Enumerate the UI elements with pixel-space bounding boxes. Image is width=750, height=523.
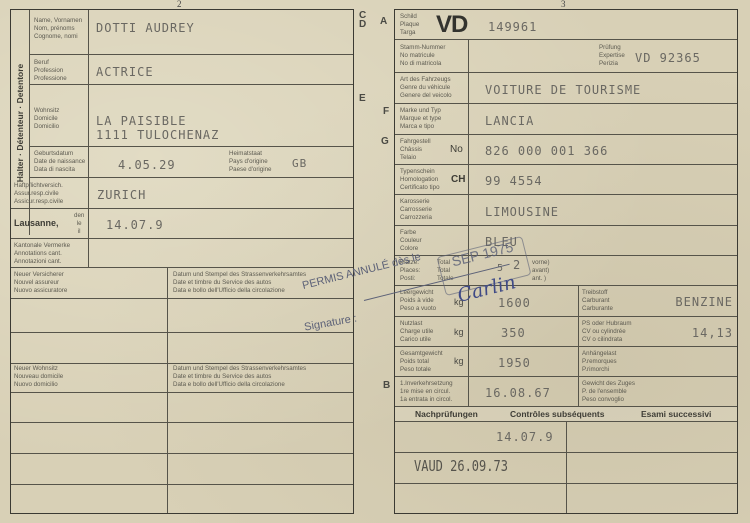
label: Marque et type <box>400 115 441 123</box>
body-row: Karosserie Carrosserie Carrozzeria LIMOU… <box>395 195 737 226</box>
plate-row: Schild Plaque Targa VD 149961 <box>395 10 737 40</box>
label: Totale <box>437 275 454 283</box>
label: Heimatstaat <box>229 150 271 158</box>
holder-profession-value: ACTRICE <box>96 65 154 79</box>
page-number-right: 3 <box>561 0 566 9</box>
label: Colore <box>400 245 422 253</box>
homologation-value: 99 4554 <box>485 174 543 188</box>
label: No di matricola <box>400 60 445 68</box>
first-registration-value: 16.08.67 <box>485 386 551 400</box>
label: Genere del veicolo <box>400 92 452 100</box>
label: Genre du véhicule <box>400 84 452 92</box>
label: Annotazioni cant. <box>14 258 70 266</box>
label: Total <box>437 267 454 275</box>
fuel-value: BENZINE <box>675 295 733 309</box>
label: Treibstoff <box>582 289 613 297</box>
label: Assur.resp.civile <box>14 190 63 198</box>
label: Plätze: <box>400 259 420 267</box>
payload-unit: kg <box>454 327 464 337</box>
seats-front: 2 <box>513 258 521 272</box>
label: Name, Vornamen <box>34 17 82 25</box>
inspections-header-de: Nachprüfungen <box>415 409 478 419</box>
label: ant. ) <box>532 275 550 283</box>
label: Total <box>437 259 454 267</box>
power-value: 14,13 <box>692 326 733 340</box>
label: Nuovo domicilio <box>14 381 63 389</box>
label: Poids à vide <box>400 297 436 305</box>
issue-date-value: 14.07.9 <box>106 218 164 232</box>
inspections-grid: 14.07.9 VAUD 26.09.73 <box>395 422 737 513</box>
margin-letter-g: G <box>381 136 389 147</box>
label: Neuer Wohnsitz <box>14 365 63 373</box>
color-value: BLEU <box>485 235 518 249</box>
label: CV o cilindrata <box>582 336 632 344</box>
chassis-row: Fahrgestell Châssis Telaio No 826 000 00… <box>395 135 737 165</box>
empty-weight-unit: kg <box>454 297 464 307</box>
vehicle-type-value: VOITURE DE TOURISME <box>485 83 641 97</box>
label: Datum und Stempel des Strassenverkehrsam… <box>173 271 306 279</box>
total-weight-value: 1950 <box>498 356 531 370</box>
label: Pays d'origine <box>229 158 271 166</box>
inspection-entry: VAUD 26.09.73 <box>414 457 508 475</box>
margin-letter-f: F <box>383 106 389 117</box>
plate-canton: VD <box>436 11 467 39</box>
label: Cognome, nomi <box>34 33 82 41</box>
homologation-row: Typenschein Homologation Certificato tip… <box>395 165 737 195</box>
margin-letter-b: B <box>383 380 390 391</box>
label: Domicilio <box>34 123 59 131</box>
birth-date-value: 4.05.29 <box>118 158 176 172</box>
label: Marke und Typ <box>400 107 441 115</box>
label: P.rimorchi <box>582 366 617 374</box>
label: Nom, prénoms <box>34 25 82 33</box>
label: Carico utile <box>400 336 433 344</box>
label: Marca e tipo <box>400 123 441 131</box>
margin-letter-a: A <box>380 16 387 27</box>
label: Perizia <box>599 60 625 68</box>
label: 1a entrata in circol. <box>400 396 453 404</box>
label: Charge utile <box>400 328 433 336</box>
label: Geburtsdatum <box>34 150 85 158</box>
inspection-entry: 14.07.9 <box>496 430 554 444</box>
holder-domicile-line1: LA PAISIBLE <box>96 114 186 128</box>
label: le <box>74 220 84 228</box>
label: Annotations cant. <box>14 250 70 258</box>
chassis-value: 826 000 001 366 <box>485 144 608 158</box>
empty-weight-row: Leergewicht Poids à vide Peso a vuoto kg… <box>395 286 737 317</box>
vehicle-panel: Schild Plaque Targa VD 149961 Stamm-Numm… <box>394 9 738 514</box>
label: Telaio <box>400 154 431 162</box>
label: Professione <box>34 75 67 83</box>
label: Leergewicht <box>400 289 436 297</box>
label: 1.Inverkehrsetzung <box>400 380 453 388</box>
label: Gesamtgewicht <box>400 350 443 358</box>
label: Karosserie <box>400 198 432 206</box>
label: Kantonale Vermerke <box>14 242 70 250</box>
vehicle-type-row: Art des Fahrzeugs Genre du véhicule Gene… <box>395 73 737 104</box>
label: Wohnsitz <box>34 107 59 115</box>
label: Posti: <box>400 275 420 283</box>
color-row: Farbe Couleur Colore BLEU <box>395 226 737 256</box>
inspections-header-it: Esami successivi <box>641 409 711 419</box>
label: Poids total <box>400 358 443 366</box>
insurance-row: Haftpflichtversich. Assur.resp.civile As… <box>11 178 353 209</box>
label: Domicile <box>34 115 59 123</box>
make-row: Marke und Typ Marque et type Marca e tip… <box>395 104 737 135</box>
label: Fahrgestell <box>400 138 431 146</box>
payload-row: Nutzlast Charge utile Carico utile kg 35… <box>395 317 737 347</box>
chassis-no-label: No <box>450 144 463 155</box>
place-date-row: Lausanne, den le il 14.07.9 <box>11 209 353 239</box>
place-label: Lausanne, <box>14 218 59 228</box>
holder-name-row: Name, Vornamen Nom, prénoms Cognome, nom… <box>30 10 353 55</box>
label: Châssis <box>400 146 431 154</box>
label: Typenschein <box>400 168 440 176</box>
expertise-value: VD 92365 <box>635 51 701 65</box>
total-weight-unit: kg <box>454 356 464 366</box>
holder-domicile-row: Wohnsitz Domicile Domicilio LA PAISIBLE … <box>30 85 353 147</box>
label: Farbe <box>400 229 422 237</box>
margin-letter-e: E <box>359 93 366 104</box>
label: Neuer Versicherer <box>14 271 67 279</box>
label: Haftpflichtversich. <box>14 182 63 190</box>
label: P.remorques <box>582 358 617 366</box>
empty-weight-value: 1600 <box>498 296 531 310</box>
label: Places: <box>400 267 420 275</box>
seats-total: 5 <box>497 263 504 274</box>
label: Carrozzeria <box>400 214 432 222</box>
seats-row: Plätze: Places: Posti: Total Total Total… <box>395 256 737 286</box>
inspections-header: Nachprüfungen Contrôles subséquents Esam… <box>395 407 737 422</box>
label: Date et timbre du Service des autos <box>173 373 306 381</box>
label: Peso totale <box>400 366 443 374</box>
label: Targa <box>400 29 419 37</box>
label: Art des Fahrzeugs <box>400 76 452 84</box>
body-value: LIMOUSINE <box>485 205 559 219</box>
matricule-row: Stamm-Nummer No matricule No di matricol… <box>395 40 737 73</box>
page-number-left: 2 <box>177 0 182 9</box>
label: Expertise <box>599 52 625 60</box>
label: CV ou cylindrée <box>582 328 632 336</box>
label: Carrosserie <box>400 206 432 214</box>
origin-value: GB <box>292 157 307 170</box>
make-value: LANCIA <box>485 114 534 128</box>
label: Schild <box>400 13 419 21</box>
label: Couleur <box>400 237 422 245</box>
total-weight-row: Gesamtgewicht Poids total Peso totale kg… <box>395 347 737 377</box>
label: Nutzlast <box>400 320 433 328</box>
plate-number: 149961 <box>488 20 537 34</box>
inspections-header-fr: Contrôles subséquents <box>510 409 604 419</box>
label: Peso a vuoto <box>400 305 436 313</box>
label: Plaque <box>400 21 419 29</box>
label: Carburant <box>582 297 613 305</box>
label: Homologation <box>400 176 440 184</box>
payload-value: 350 <box>501 326 526 340</box>
label: Paese d'origine <box>229 166 271 174</box>
label: il <box>74 228 84 236</box>
insurance-value: ZURICH <box>97 188 146 202</box>
label: Data e bollo dell'Ufficio della circolaz… <box>173 287 306 295</box>
label: Prüfung <box>599 44 625 52</box>
label: Beruf <box>34 59 67 67</box>
holder-name-value: DOTTI AUDREY <box>96 21 195 35</box>
label: Data e bollo dell'Ufficio della circolaz… <box>173 381 306 389</box>
changes-grid: Neuer Versicherer Nouvel assureur Nuovo … <box>11 268 353 513</box>
label: Date et timbre du Service des autos <box>173 279 306 287</box>
label: Datum und Stempel des Strassenverkehrsam… <box>173 365 306 373</box>
label: P. de l'ensemble <box>582 388 635 396</box>
first-registration-row: 1.Inverkehrsetzung 1re mise en circul. 1… <box>395 377 737 407</box>
homologation-ch-label: CH <box>451 174 465 185</box>
label: Nouvel assureur <box>14 279 67 287</box>
label: No matricule <box>400 52 445 60</box>
label: Profession <box>34 67 67 75</box>
holder-domicile-line2: 1111 TULOCHENAZ <box>96 128 219 142</box>
label: Carburante <box>582 305 613 313</box>
label: Date de naissance <box>34 158 85 166</box>
annotations-row: Kantonale Vermerke Annotations cant. Ann… <box>11 239 353 268</box>
label: vorne) <box>532 259 550 267</box>
label: PS oder Hubraum <box>582 320 632 328</box>
label: avant) <box>532 267 550 275</box>
holder-birth-row: Geburtsdatum Date de naissance Data di n… <box>30 147 353 178</box>
label: Data di nascita <box>34 166 85 174</box>
holder-profession-row: Beruf Profession Professione ACTRICE <box>30 55 353 85</box>
label: Gewicht des Zuges <box>582 380 635 388</box>
label: den <box>74 212 84 220</box>
margin-letters-cd: CD <box>359 11 366 29</box>
holder-panel: Halter · Détenteur · Detentore Name, Vor… <box>10 9 354 514</box>
label: Anhängelast <box>582 350 617 358</box>
label: Peso convoglio <box>582 396 635 404</box>
label: Nuovo assicuratore <box>14 287 67 295</box>
label: Stamm-Nummer <box>400 44 445 52</box>
label: Nouveau domicile <box>14 373 63 381</box>
label: 1re mise en circul. <box>400 388 453 396</box>
label: Certificato tipo <box>400 184 440 192</box>
label: Assicur.resp.civile <box>14 198 63 206</box>
